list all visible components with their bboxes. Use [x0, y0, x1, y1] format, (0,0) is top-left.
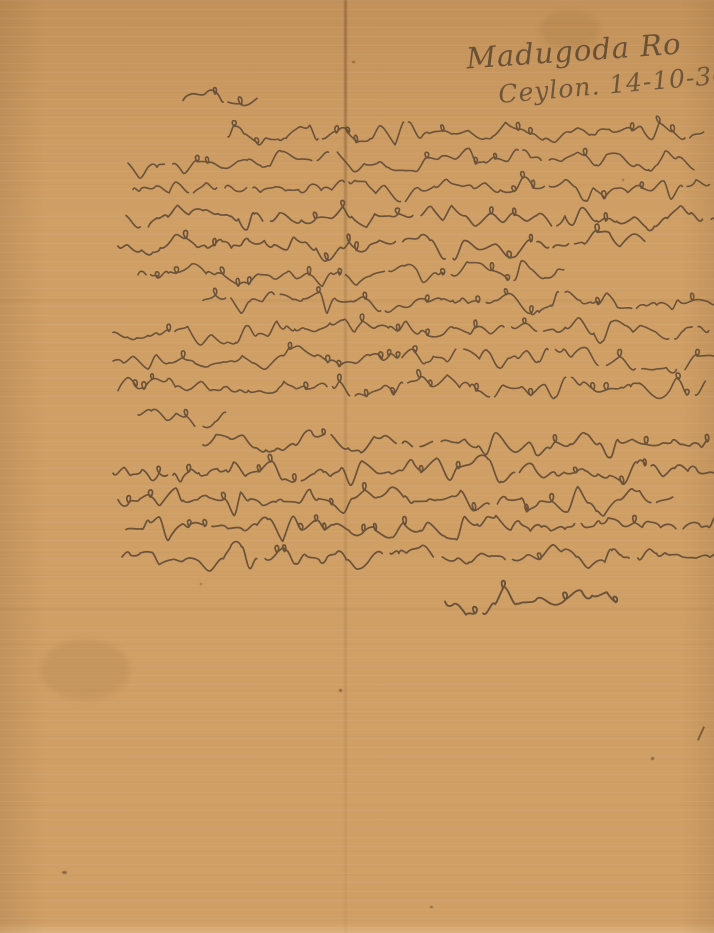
handwriting-stroke — [122, 538, 714, 575]
handwriting-stroke — [445, 584, 615, 620]
paper-speck — [430, 906, 433, 908]
handwritten-line — [122, 538, 714, 575]
paper-speck — [352, 61, 355, 63]
handwritten-line — [138, 400, 224, 435]
handwritten-signature — [445, 584, 615, 620]
handwritten-salutation — [183, 86, 247, 120]
paper-speck — [200, 583, 202, 585]
paper-speck — [62, 871, 67, 874]
paper-speck — [651, 757, 654, 760]
paper-stain — [40, 640, 130, 700]
paper-crack — [697, 726, 705, 741]
handwriting-stroke — [138, 400, 224, 435]
paper-speck — [339, 689, 342, 692]
letter-page: Madugoda Ro Ceylon. 14-10-36 — [0, 0, 714, 933]
handwriting-stroke — [183, 86, 247, 120]
paper-stain — [540, 10, 600, 50]
paper-speck — [622, 179, 624, 181]
